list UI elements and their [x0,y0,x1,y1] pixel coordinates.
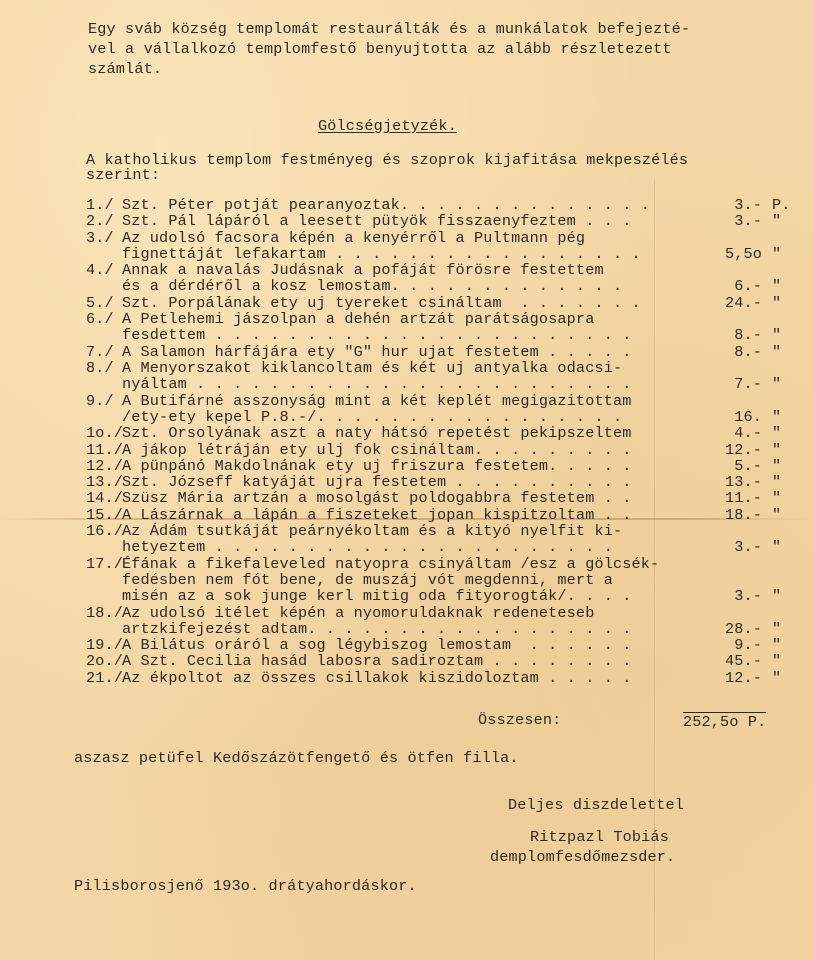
item-description: Szüsz Mária artzán a mosolgást poldogabb… [122,490,632,506]
item-currency: " [772,588,781,604]
item-number: 17./ [86,556,122,572]
item-number: 11./ [86,442,122,458]
item-description: Szt. Orsolyának aszt a naty hátsó repeté… [122,425,632,441]
item-number: 2o./ [86,653,122,669]
item-currency: " [772,637,781,653]
invoice-item: 18./Az udolsó itélet képén a nyomoruldak… [86,605,786,638]
item-amount: 3.- [692,588,762,604]
item-amount: 9.- [692,637,762,653]
invoice-item: 11./A jákop létráján ety ulj fok csinált… [86,442,786,458]
item-currency: " [772,507,781,523]
item-amount: 24.- [692,295,762,311]
item-number: 15./ [86,507,122,523]
item-description: A Szt. Cecilia hasád labosra sadiroztam … [122,653,632,669]
item-number: 3./ [86,230,122,246]
item-description: Annak a navalás Judásnak a pofáját förös… [122,262,604,278]
item-currency: " [772,425,781,441]
item-currency: " [772,278,781,294]
item-description: A jákop létráján ety ulj fok csináltam. … [122,442,632,458]
total-in-words: aszasz petüfel Kedőszázötfengető és ötfe… [74,750,519,766]
item-number: 5./ [86,295,122,311]
invoice-item: 9./A Butifárné asszonyság mint a két kep… [86,393,786,426]
item-number: 7./ [86,344,122,360]
item-currency: " [772,327,781,343]
invoice-item: 21./Az ékpoltot az összes csillakok kisz… [86,670,786,686]
item-description: A Lászárnak a lápán a fiszeteket jopan k… [122,507,632,523]
item-currency: " [772,621,781,637]
intro-line: Egy sváb község templomát restaurálták é… [88,21,690,37]
item-description: Éfának a fikefaleveled natyopra csinyált… [122,556,659,572]
item-currency: " [772,246,781,262]
total-label: Összesen: [478,712,561,728]
item-number: 1./ [86,197,122,213]
item-currency: " [772,409,781,425]
item-currency: " [772,376,781,392]
item-amount: 7.- [692,376,762,392]
invoice-item: 4./Annak a navalás Judásnak a pofáját fö… [86,262,786,295]
item-currency: " [772,442,781,458]
item-currency: " [772,490,781,506]
item-amount: 12.- [692,670,762,686]
item-currency: P. [772,197,791,213]
item-amount: 4.- [692,425,762,441]
invoice-item: 1./Szt. Péter potját pearanyoztak. . . .… [86,197,786,213]
invoice-item: 7./A Salamon hárfájára ety "G" hur ujat … [86,344,786,360]
item-number: 6./ [86,311,122,327]
invoice-item: 2o./A Szt. Cecilia hasád labosra sadiroz… [86,653,786,669]
item-description: misén az a sok junge kerl mitig oda fity… [122,588,632,604]
item-description: Az ékpoltot az összes csillakok kiszidol… [122,670,632,686]
signature-title: demplomfesdőmezsder. [490,849,675,865]
item-currency: " [772,653,781,669]
item-number: 12./ [86,458,122,474]
item-number: 8./ [86,360,122,376]
item-number: 2./ [86,213,122,229]
item-number: 21./ [86,670,122,686]
closing-salutation: Deljes diszdelettel [508,797,684,813]
invoice-item: 8./A Menyorszakot kiklancoltam és két uj… [86,360,786,393]
item-amount: 28.- [692,621,762,637]
item-description: A pünpánó Makdolnának ety uj friszura fe… [122,458,632,474]
item-description: nyáltam . . . . . . . . . . . . . . . . … [122,376,632,392]
invoice-item: 6./A Petlehemi jászolpan a dehén artzát … [86,311,786,344]
item-description: Szt. Józseff katyáját ujra festetem . . … [122,474,632,490]
item-description: fesdettem . . . . . . . . . . . . . . . … [122,327,632,343]
item-currency: " [772,295,781,311]
item-description: és a dérdéről a kosz lemostam. . . . . .… [122,278,622,294]
item-description: Az udolsó itélet képén a nyomoruldaknak … [122,605,594,621]
item-description: Szt. Péter potját pearanyoztak. . . . . … [122,197,650,213]
invoice-item: 17./Éfának a fikefaleveled natyopra csin… [86,556,786,605]
item-currency: " [772,344,781,360]
item-number: 14./ [86,490,122,506]
item-amount: 11.- [692,490,762,506]
item-amount: 13.- [692,474,762,490]
item-description: artzkifejezést adtam. . . . . . . . . . … [122,621,632,637]
item-number: 4./ [86,262,122,278]
item-amount: 8.- [692,327,762,343]
item-description: A Bilátus oráról a sog légybiszog lemost… [122,637,632,653]
item-amount: 5.- [692,458,762,474]
item-currency: " [772,474,781,490]
item-amount: 8.- [692,344,762,360]
invoice-item: 16./Az Ádám tsutkáját peárnyékoltam és a… [86,523,786,556]
item-amount: 18.- [692,507,762,523]
subtitle-line: A katholikus templom festményeg és szopr… [86,152,688,168]
invoice-item: 1o./Szt. Orsolyának aszt a naty hátsó re… [86,425,786,441]
item-description: A Menyorszakot kiklancoltam és két uj an… [122,360,622,376]
invoice-item: 3./Az udolsó facsora képén a kenyérről a… [86,230,786,263]
item-currency: " [772,670,781,686]
item-description: A Petlehemi jászolpan a dehén artzát par… [122,311,594,327]
item-amount: 6.- [692,278,762,294]
item-description: fedésben nem fót bene, de muszáj vót meg… [122,572,613,588]
place-and-date: Pilisborosjenő 193o. drátyahordáskor. [74,878,417,894]
invoice-item: 2./Szt. Pál lápáról a leesett pütyök fis… [86,213,786,229]
invoice-item: 13./Szt. Józseff katyáját ujra festetem … [86,474,786,490]
item-number: 13./ [86,474,122,490]
item-number: 19./ [86,637,122,653]
item-amount: 45.- [692,653,762,669]
subtitle-line: szerint: [86,167,160,183]
invoice-item: 19./A Bilátus oráról a sog légybiszog le… [86,637,786,653]
item-amount: 12.- [692,442,762,458]
item-number: 18./ [86,605,122,621]
item-description: /ety-ety kepel P.8.-/. . . . . . . . . .… [122,409,622,425]
invoice-item: 5./Szt. Porpálának ety uj tyereket csiná… [86,295,786,311]
item-description: Szt. Porpálának ety uj tyereket csinálta… [122,295,641,311]
signature-name: Ritzpazl Tobiás [530,829,669,845]
item-currency: " [772,458,781,474]
item-description: A Butifárné asszonyság mint a két keplét… [122,393,632,409]
invoice-document: Egy sváb község templomát restaurálták é… [0,0,813,960]
total-amount: 252,5o P. [683,712,766,730]
item-description: A Salamon hárfájára ety "G" hur ujat fes… [122,344,632,360]
item-amount: 3.- [692,539,762,555]
item-description: hetyeztem . . . . . . . . . . . . . . . … [122,539,613,555]
item-amount: 3.- [692,197,762,213]
item-description: Szt. Pál lápáról a leesett pütyök fissza… [122,213,632,229]
item-description: fignettáját lefakartam . . . . . . . . .… [122,246,641,262]
item-number: 16./ [86,523,122,539]
item-amount: 5,5o [692,246,762,262]
item-currency: " [772,539,781,555]
item-amount: 3.- [692,213,762,229]
intro-line: vel a vállalkozó templomfestő benyujtott… [88,41,672,57]
invoice-item: 15./A Lászárnak a lápán a fiszeteket jop… [86,507,786,523]
item-currency: " [772,213,781,229]
document-title: Gölcségjetyzék. [318,118,457,134]
item-description: Az Ádám tsutkáját peárnyékoltam és a kit… [122,523,622,539]
intro-line: számlát. [88,61,162,77]
item-number: 1o./ [86,425,122,441]
item-amount: 16. [692,409,762,425]
item-description: Az udolsó facsora képén a kenyérről a Pu… [122,230,585,246]
invoice-item: 14./Szüsz Mária artzán a mosolgást poldo… [86,490,786,506]
invoice-item: 12./A pünpánó Makdolnának ety uj friszur… [86,458,786,474]
item-number: 9./ [86,393,122,409]
